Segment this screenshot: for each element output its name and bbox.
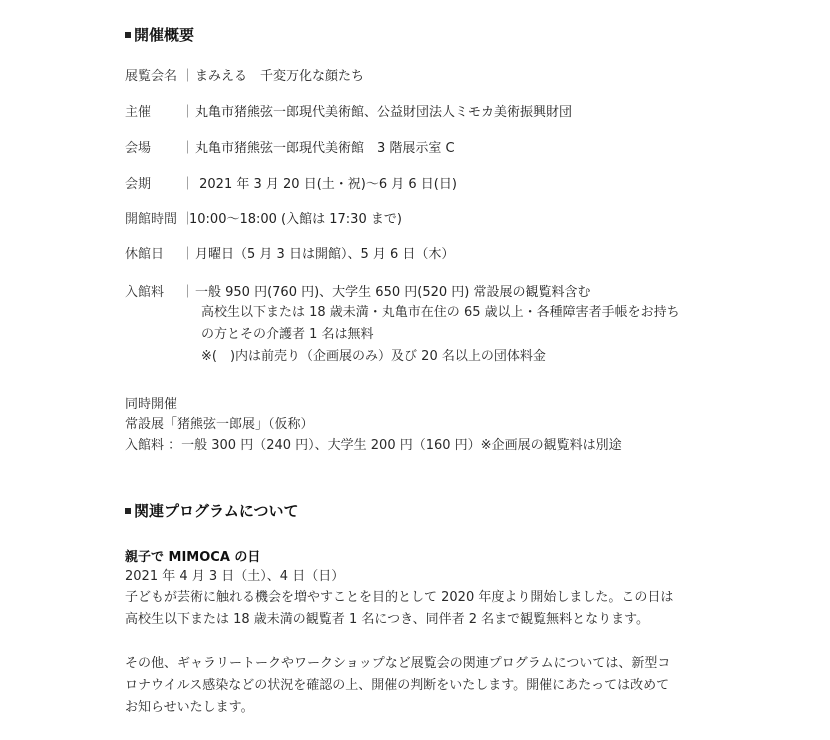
- admission-note-line: 高校生以下または 18 歳未満・丸亀市在住の 65 歳以上・各種障害者手帳をお持…: [201, 302, 680, 324]
- concurrent-fee: 入館料 ：一般 300 円（240 円）、大学生 200 円（160 円）※企画…: [125, 435, 622, 456]
- concurrent-exhibition: 常設展「猪熊弦一郎展」（仮称）: [125, 414, 314, 435]
- paragraph-line: その他、ギャラリートークやワークショップなど展覧会の関連プログラムについては、新…: [125, 653, 705, 675]
- row-label: 会場: [125, 140, 181, 158]
- row-separator: ｜: [181, 176, 195, 194]
- row-label: 主催: [125, 104, 181, 122]
- row-value: 丸亀市猪熊弦一郎現代美術館 3 階展示室 C: [195, 141, 455, 156]
- row-value: 月曜日（5 月 3 日は開館）、5 月 6 日（木）: [195, 247, 454, 262]
- row-value: まみえる 千変万化な顔たち: [195, 69, 364, 84]
- admission-notes: 高校生以下または 18 歳未満・丸亀市在住の 65 歳以上・各種障害者手帳をお持…: [201, 302, 680, 368]
- concurrent-title: 同時開催: [125, 394, 177, 415]
- row-separator: ｜: [181, 140, 195, 158]
- paragraph-line: 子どもが芸術に触れる機会を増やすことを目的として 2020 年度より開始しました…: [125, 587, 705, 609]
- info-row-venue: 会場｜丸亀市猪熊弦一郎現代美術館 3 階展示室 C: [125, 140, 455, 158]
- row-label: 会期: [125, 176, 181, 194]
- info-row-opening-hours: 開館時間｜10:00～18:00 (入館は 17:30 まで): [125, 211, 402, 229]
- row-separator: ｜: [181, 68, 195, 86]
- row-label: 入館料: [125, 284, 181, 302]
- info-row-admission: 入館料｜一般 950 円(760 円)、大学生 650 円(520 円) 常設展…: [125, 284, 590, 302]
- row-value: 2021 年 3 月 20 日(土・祝)～6 月 6 日(日): [195, 177, 457, 192]
- overview-heading: 開催概要: [125, 24, 194, 45]
- row-separator: ｜: [181, 284, 195, 302]
- info-row-exhibition-name: 展覧会名｜まみえる 千変万化な顔たち: [125, 68, 364, 86]
- paragraph-line: お知らせいたします。: [125, 697, 705, 719]
- row-value: 一般 950 円(760 円)、大学生 650 円(520 円) 常設展の観覧料…: [195, 285, 590, 300]
- event-description: 子どもが芸術に触れる機会を増やすことを目的として 2020 年度より開始しました…: [125, 587, 705, 631]
- admission-note-line: の方とその介護者 1 名は無料: [201, 324, 680, 346]
- admission-note-line: ※( )内は前売り（企画展のみ）及び 20 名以上の団体料金: [201, 346, 680, 368]
- info-row-organizer: 主催｜丸亀市猪熊弦一郎現代美術館、公益財団法人ミモカ美術振興財団: [125, 104, 572, 122]
- info-row-period: 会期｜ 2021 年 3 月 20 日(土・祝)～6 月 6 日(日): [125, 176, 457, 194]
- row-value: 10:00～18:00 (入館は 17:30 まで): [189, 212, 402, 227]
- programs-heading-text: 関連プログラムについて: [134, 500, 299, 521]
- row-label: 開館時間: [125, 211, 181, 229]
- other-programs-note: その他、ギャラリートークやワークショップなど展覧会の関連プログラムについては、新…: [125, 653, 705, 719]
- row-label: 休館日: [125, 246, 181, 264]
- event-date: 2021 年 4 月 3 日（土）、4 日（日）: [125, 566, 344, 587]
- row-separator: ｜: [181, 246, 195, 264]
- square-bullet-icon: [125, 32, 131, 38]
- row-value: 丸亀市猪熊弦一郎現代美術館、公益財団法人ミモカ美術振興財団: [195, 105, 572, 120]
- programs-heading: 関連プログラムについて: [125, 500, 299, 521]
- info-row-closed-days: 休館日｜月曜日（5 月 3 日は開館）、5 月 6 日（木）: [125, 246, 454, 264]
- square-bullet-icon: [125, 508, 131, 514]
- row-separator: ｜: [181, 104, 195, 122]
- overview-heading-text: 開催概要: [134, 24, 194, 45]
- row-label: 展覧会名: [125, 68, 181, 86]
- event-title: 親子で MIMOCA の日: [125, 546, 260, 565]
- paragraph-line: 高校生以下または 18 歳未満の観覧者 1 名につき、同伴者 2 名まで観覧無料…: [125, 609, 705, 631]
- row-separator: ｜: [181, 211, 189, 229]
- paragraph-line: ロナウイルス感染などの状況を確認の上、開催の判断をいたします。開催にあたっては改…: [125, 675, 705, 697]
